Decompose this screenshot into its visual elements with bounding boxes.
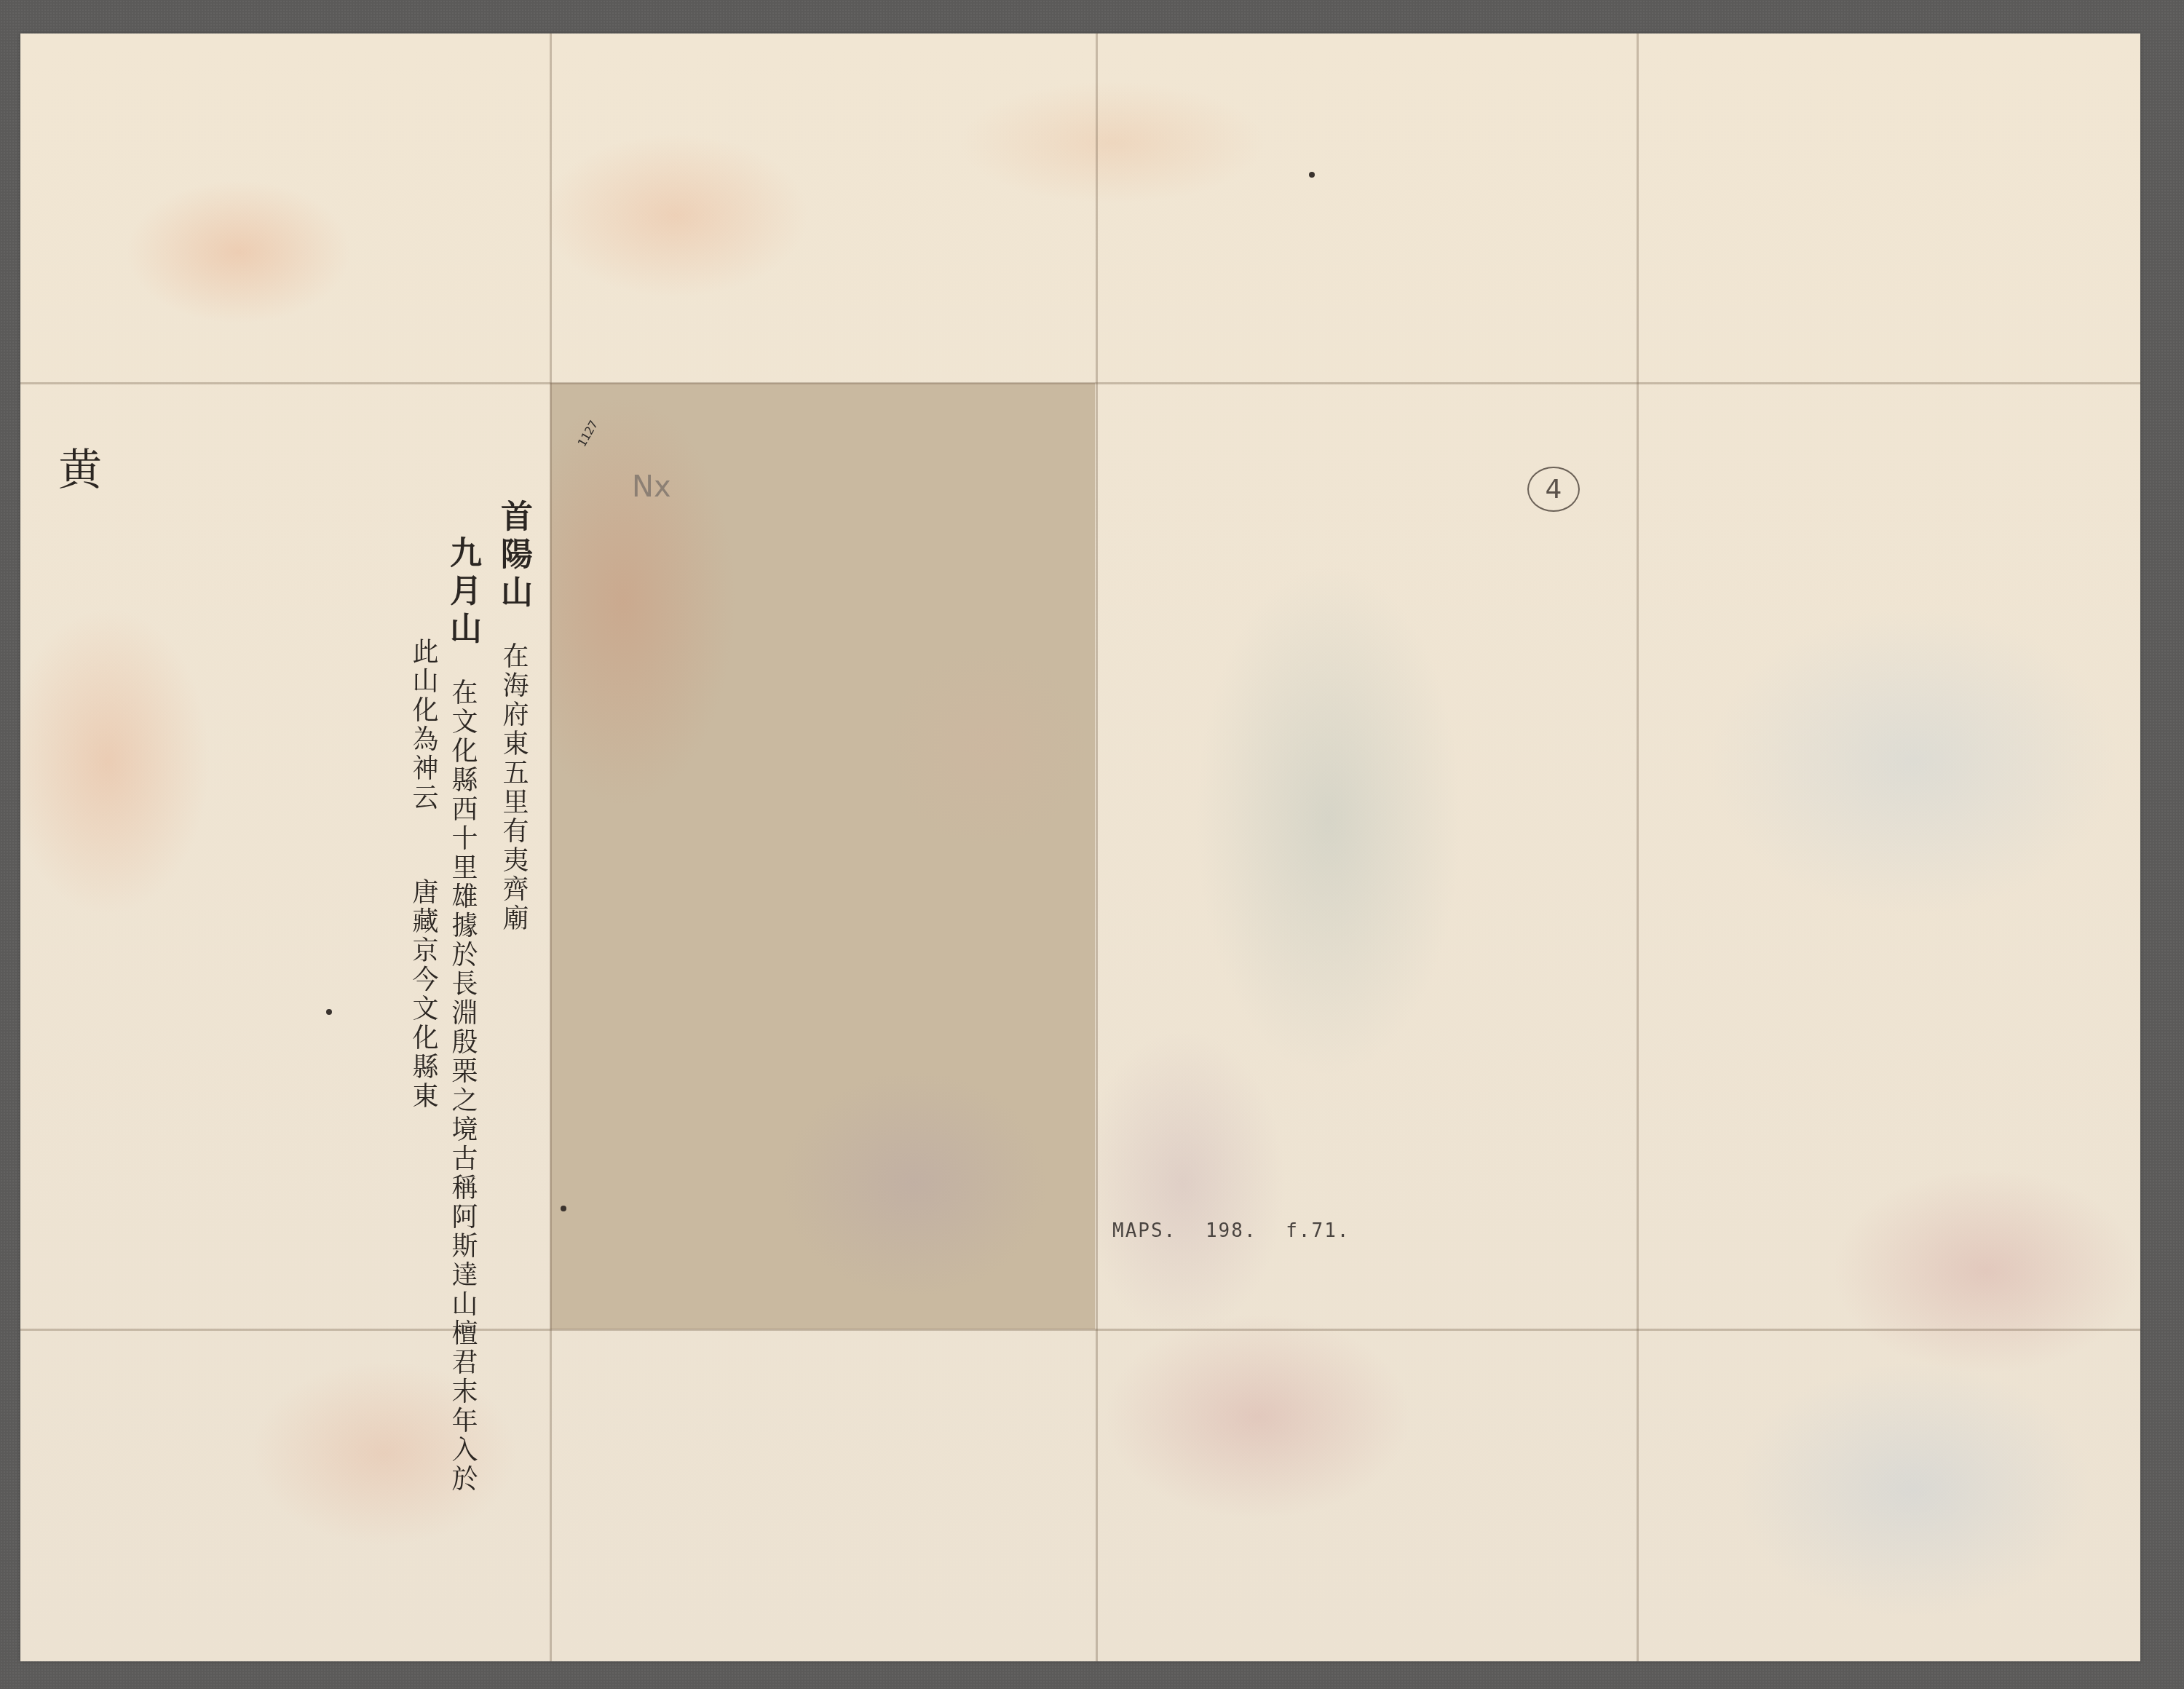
library-stamp: MAPS. 198. f.71.: [1112, 1220, 1350, 1242]
annotation-text: 唐藏京今文化縣東: [408, 878, 438, 1111]
horizontal-fold-line: [20, 1329, 2140, 1331]
pencil-note: Nx: [632, 470, 671, 504]
annotation-column-2: 九月山在文化縣西十里雄據於長淵殷栗之境古稱阿斯達山檀君末年入於: [446, 536, 478, 1494]
vertical-fold-line: [1637, 33, 1639, 1661]
circled-sheet-number: 4: [1527, 467, 1580, 512]
horizontal-fold-line: [20, 382, 2140, 384]
map-sheet: 黄 首陽山在海府東五里有夷齊廟 九月山在文化縣西十里雄據於長淵殷栗之境古稱阿斯達…: [20, 33, 2140, 1661]
annotation-column-1: 首陽山在海府東五里有夷齊廟: [497, 499, 529, 933]
ink-speck: [326, 1009, 332, 1015]
annotation-text: 在文化縣西十里雄據於長淵殷栗之境古稱阿斯達山檀君末年入於: [448, 679, 478, 1494]
annotation-heading: 九月山: [444, 536, 481, 649]
annotation-heading: 首陽山: [495, 499, 532, 613]
vertical-fold-line: [1096, 33, 1098, 1661]
annotation-text: 此山化為神云: [408, 638, 438, 812]
annotation-column-3: 此山化為神云唐藏京今文化縣東: [410, 638, 436, 1111]
ink-speck: [561, 1206, 566, 1211]
ink-speck: [1309, 172, 1315, 178]
sheet-number: 4: [1546, 475, 1562, 505]
province-label: 黄: [58, 448, 102, 492]
vertical-fold-line: [550, 33, 552, 1661]
annotation-text: 在海府東五里有夷齊廟: [499, 642, 529, 933]
darkened-fold-panel: [550, 383, 1095, 1329]
bleed-through-panel: [1096, 383, 1637, 1329]
